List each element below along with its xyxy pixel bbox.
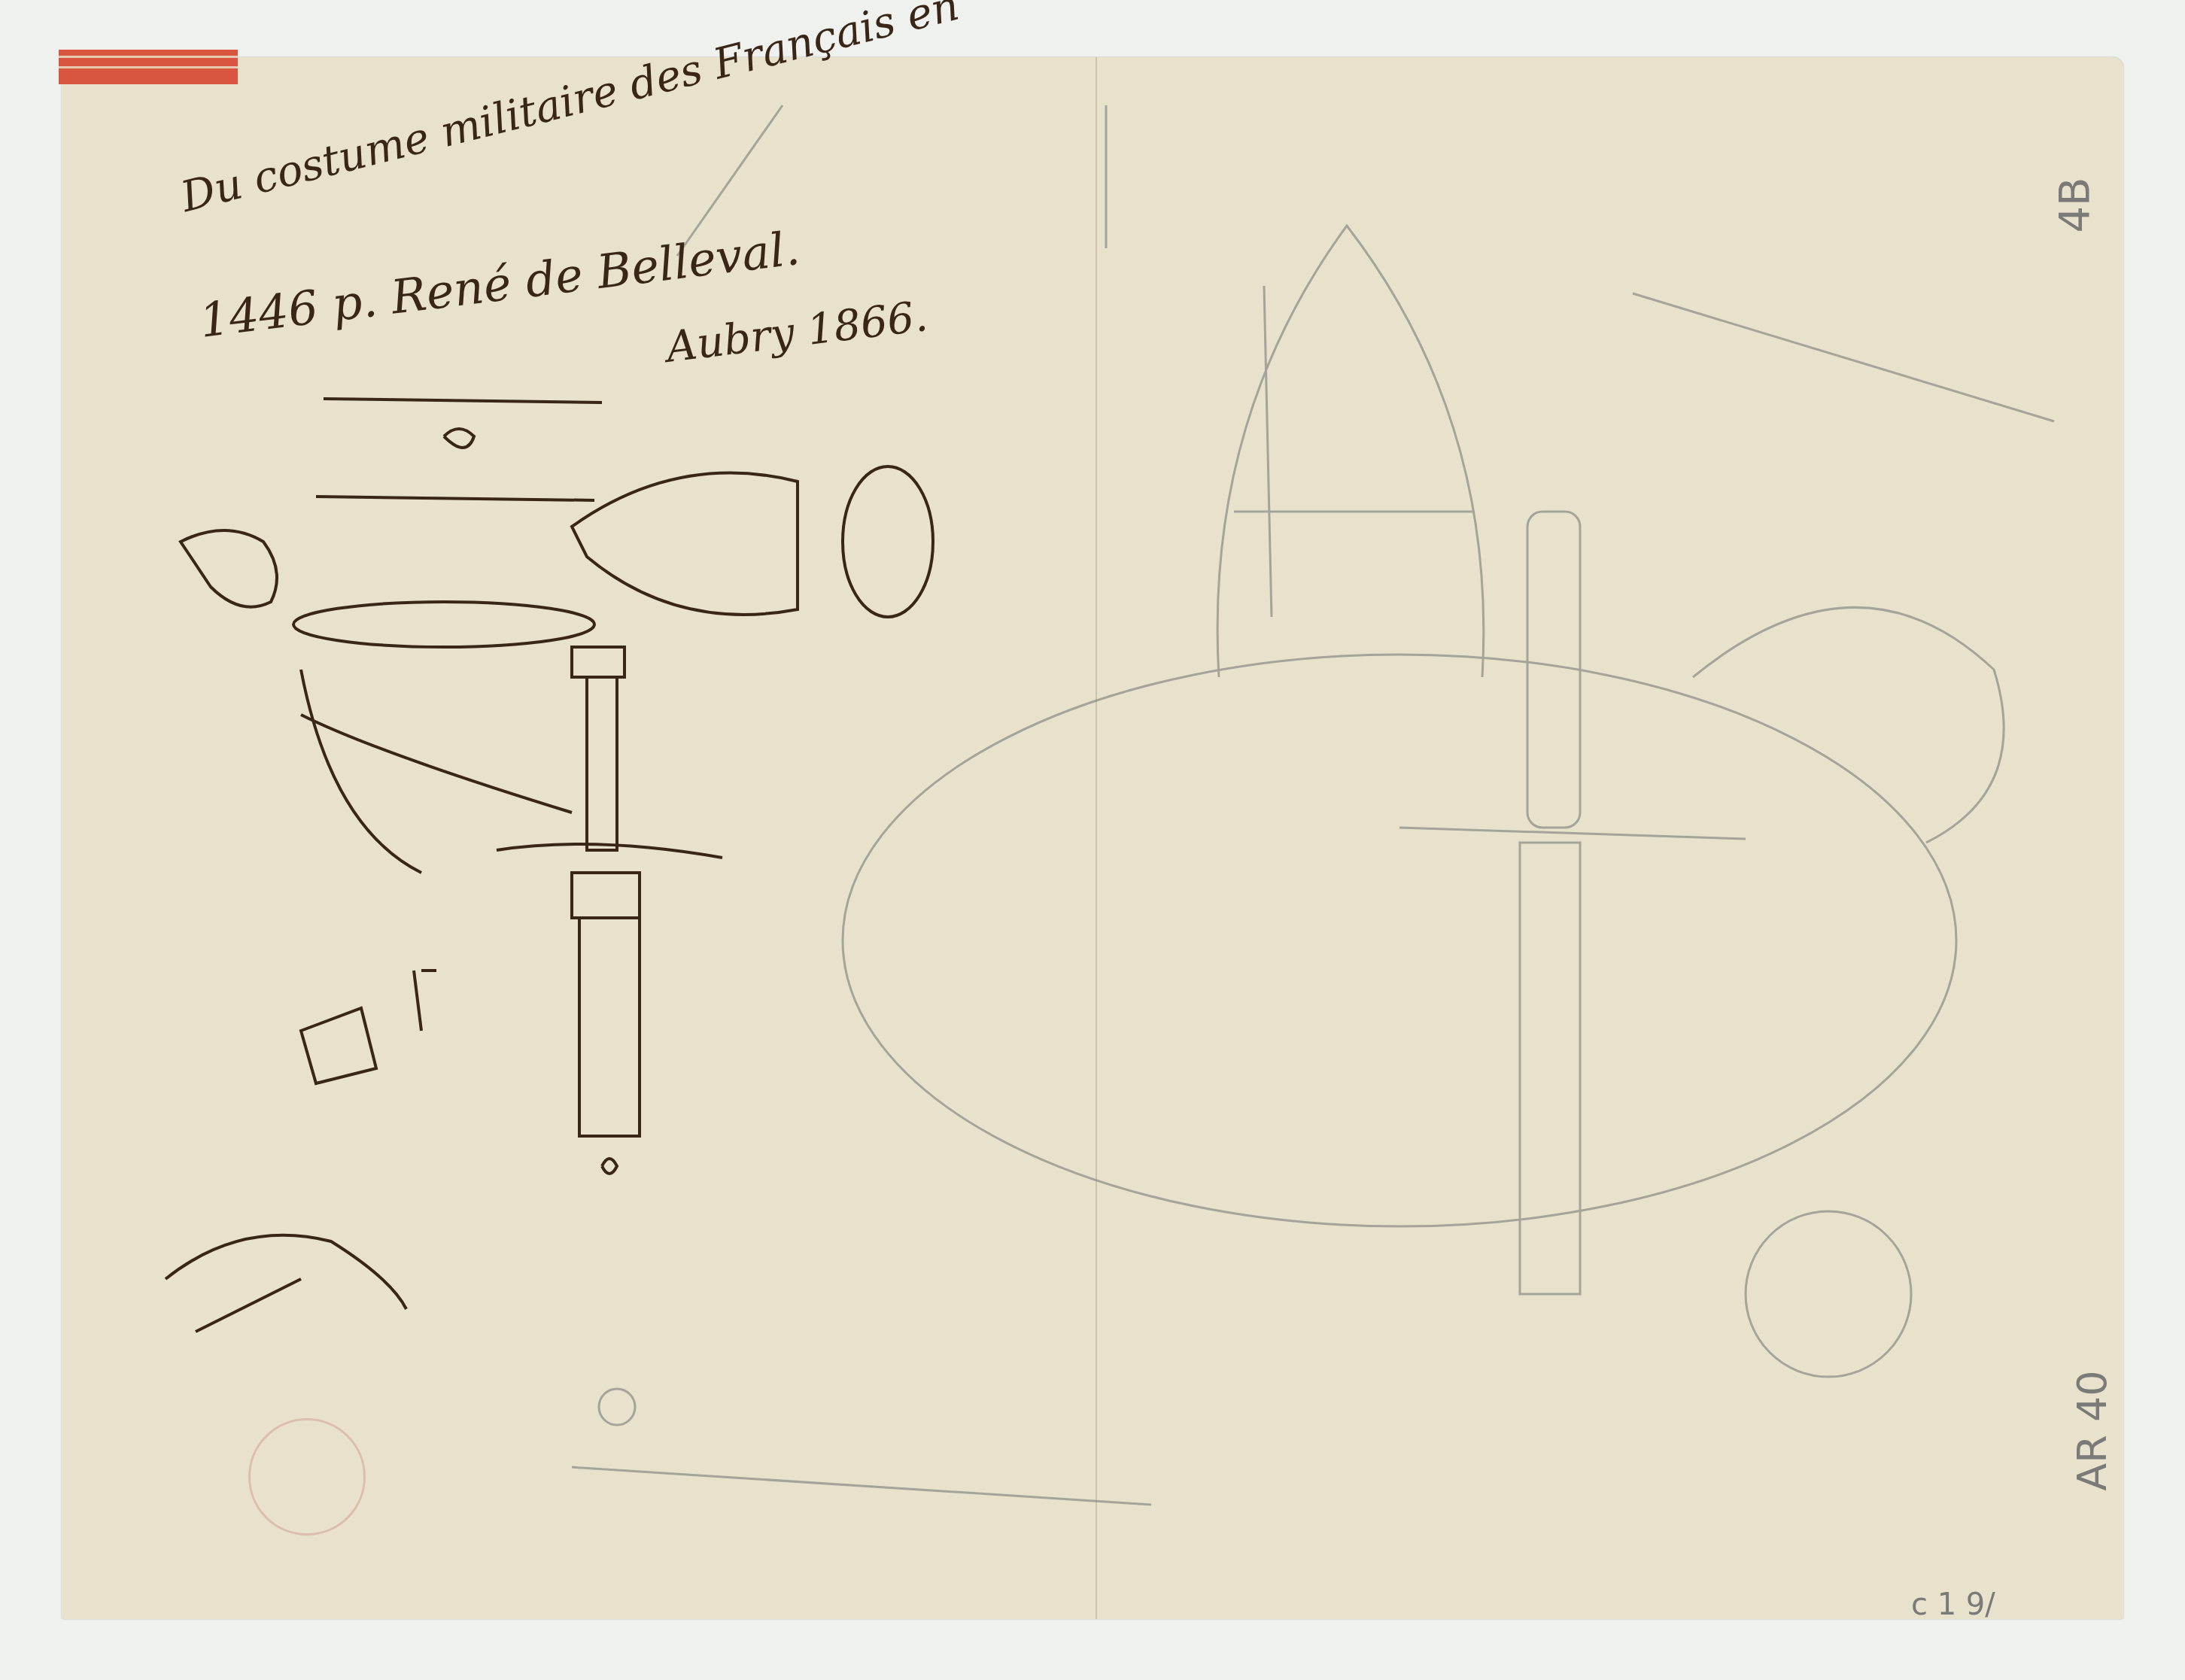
helmet-ink (572, 473, 798, 615)
pencil-mark-bottom-right: c 1 9/ (1911, 1587, 1995, 1622)
visor-ink (181, 530, 277, 607)
helmet-sketch (1217, 226, 1484, 677)
gauntlet-ink (166, 1235, 406, 1332)
small-detail (301, 1008, 376, 1083)
pencil-mark-right-margin: AR 40 (2068, 1370, 2116, 1490)
pencil-mark-top-right: 4B (2050, 177, 2099, 232)
belt-ring (293, 602, 594, 647)
pommel (572, 647, 625, 677)
ink-drawings (166, 399, 933, 1332)
dagger-sketch (572, 1467, 1151, 1505)
scabbard (579, 918, 640, 1136)
gauntlet-sketch (1693, 607, 2004, 843)
sketch-drawing (0, 0, 2185, 1680)
grip (587, 677, 617, 850)
